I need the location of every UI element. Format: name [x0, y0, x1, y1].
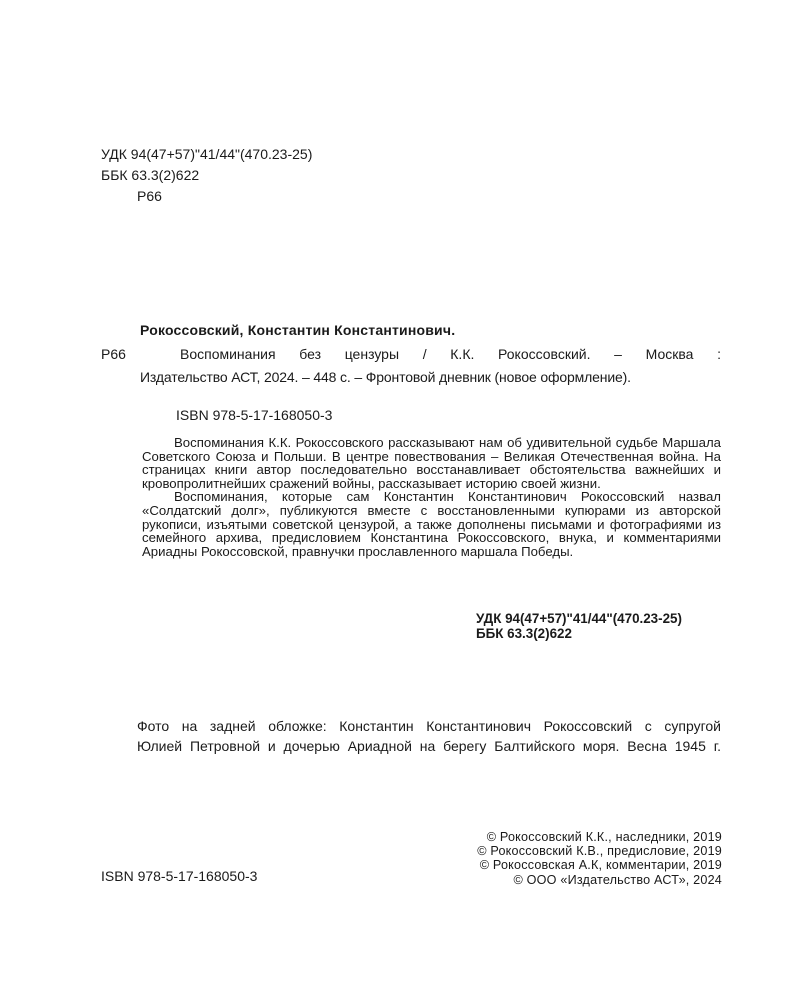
- annotation-paragraph: Воспоминания К.К. Рокоссовского рассказы…: [142, 436, 721, 490]
- isbn-catalog: ISBN 978-5-17-168050-3: [176, 407, 332, 423]
- bottom-classification-block: УДК 94(47+57)"41/44"(470.23-25) ББК 63.3…: [476, 611, 682, 641]
- photo-caption: Фото на задней обложке: Константин Конст…: [137, 716, 721, 756]
- author-mark: Р66: [101, 186, 312, 207]
- copyright-line: © Рокоссовская А.К, комментарии, 2019: [477, 858, 722, 872]
- photo-caption-line-2: Юлией Петровной и дочерью Ариадной на бе…: [137, 736, 721, 756]
- annotation-text: Воспоминания К.К. Рокоссовского рассказы…: [142, 436, 721, 558]
- call-mark: Р66: [101, 346, 126, 362]
- copyright-block: © Рокоссовский К.К., наследники, 2019 © …: [477, 830, 722, 887]
- copyright-line: © Рокоссовский К.К., наследники, 2019: [477, 830, 722, 844]
- top-classification-block: УДК 94(47+57)"41/44"(470.23-25) ББК 63.3…: [101, 144, 312, 207]
- udk-code: УДК 94(47+57)"41/44"(470.23-25): [101, 144, 312, 165]
- title-statement-line-2: Издательство АСТ, 2024. – 448 с. – Фронт…: [140, 369, 631, 385]
- annotation-paragraph: Воспоминания, которые сам Константин Кон…: [142, 490, 721, 558]
- copyright-line: © ООО «Издательство АСТ», 2024: [477, 873, 722, 887]
- title-statement-line-1: Воспоминания без цензуры / К.К. Рокоссов…: [180, 346, 721, 362]
- isbn-footer: ISBN 978-5-17-168050-3: [101, 868, 257, 884]
- copyright-line: © Рокоссовский К.В., предисловие, 2019: [477, 844, 722, 858]
- author-heading: Рокоссовский, Константин Константинович.: [140, 322, 455, 338]
- udk-code-bold: УДК 94(47+57)"41/44"(470.23-25): [476, 611, 682, 626]
- photo-caption-line-1: Фото на задней обложке: Константин Конст…: [137, 716, 721, 736]
- bbk-code: ББК 63.3(2)622: [101, 165, 312, 186]
- bbk-code-bold: ББК 63.3(2)622: [476, 626, 682, 641]
